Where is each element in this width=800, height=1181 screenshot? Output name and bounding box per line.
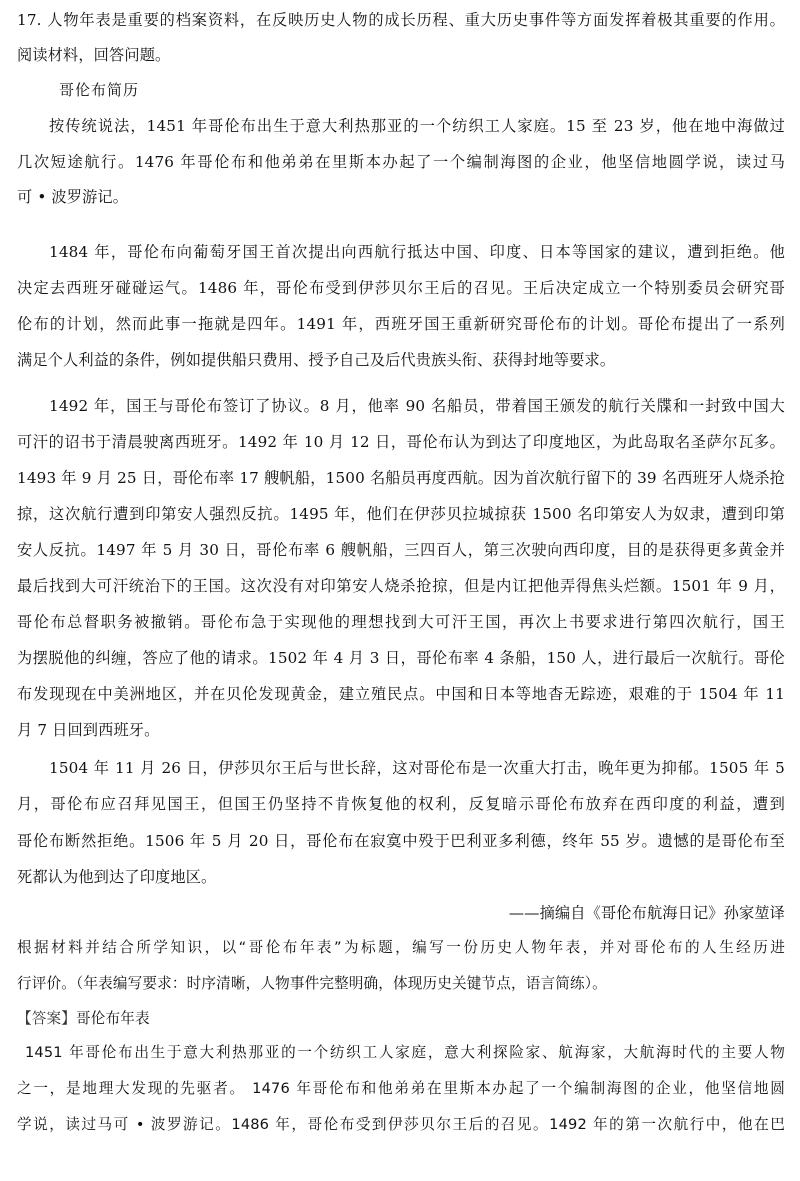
answer-line-2: 之一，是地理大发现的先驱者。 1476 年哥伦布和他弟弟在里斯本办起了一个编制海… <box>17 1079 785 1099</box>
answer-title: 哥伦布年表 <box>76 1010 150 1027</box>
question-prompt-line-2: 阅读材料，回答问题。 <box>17 45 170 65</box>
material-paragraph-3-line-1: 1492 年，国王与哥伦布签订了协议。8 月，他率 90 名船员，带着国王颁发的… <box>49 396 785 416</box>
material-title: 哥伦布简历 <box>59 80 139 100</box>
material-paragraph-1-line-3: 可 • 波罗游记。 <box>17 187 128 207</box>
material-paragraph-4-line-4: 死都认为他到达了印度地区。 <box>17 867 216 887</box>
answer-tag: 【答案】 <box>17 1010 76 1027</box>
material-paragraph-3-line-2: 可汗的诏书于清晨驶离西班牙。1492 年 10 月 12 日，哥伦布认为到达了印… <box>17 432 785 452</box>
material-paragraph-2-line-3: 伦布的计划，然而此事一拖就是四年。1491 年，西班牙国王重新研究哥伦布的计划。… <box>17 314 785 334</box>
material-paragraph-3-line-6: 最后找到大可汗统治下的王国。这次没有对印第安人烧杀抢掠，但是内讧把他弄得焦头烂额… <box>17 576 785 596</box>
material-paragraph-1-line-1: 按传统说法，1451 年哥伦布出生于意大利热那亚的一个纺织工人家庭。15 至 2… <box>49 116 785 136</box>
material-paragraph-4-line-1: 1504 年 11 月 26 日，伊莎贝尔王后与世长辞，这对哥伦布是一次重大打击… <box>49 758 785 778</box>
material-paragraph-2-line-4: 满足个人利益的条件，例如提供船只费用、授予自己及后代贵族头衔、获得封地等要求。 <box>17 350 615 370</box>
answer-header: 【答案】哥伦布年表 <box>17 1009 150 1029</box>
material-paragraph-2-line-1: 1484 年，哥伦布向葡萄牙国王首次提出向西航行抵达中国、印度、日本等国家的建议… <box>49 242 785 262</box>
material-paragraph-4-line-2: 月，哥伦布应召拜见国王，但国王仍坚持不肯恢复他的权利，反复暗示哥伦布放弃在西印度… <box>17 794 785 814</box>
answer-line-1: 1451 年哥伦布出生于意大利热那亚的一个纺织工人家庭，意大利探险家、航海家，大… <box>25 1043 785 1063</box>
answer-line-3: 学说，读过马可 • 波罗游记。1486 年，哥伦布受到伊莎贝尔王后的召见。149… <box>17 1115 785 1135</box>
material-paragraph-3-line-5: 安人反抗。1497 年 5 月 30 日，哥伦布率 6 艘帆船，三四百人，第三次… <box>17 540 785 560</box>
material-paragraph-2-line-2: 决定去西班牙碰碰运气。1486 年，哥伦布受到伊莎贝尔王后的召见。王后决定成立一… <box>17 278 785 298</box>
material-paragraph-3-line-8: 为摆脱他的纠缠，答应了他的请求。1502 年 4 月 3 日，哥伦布率 4 条船… <box>17 648 785 668</box>
task-line-2: 行评价。（年表编写要求：时序清晰，人物事件完整明确，体现历史关键节点，语言简练）… <box>17 974 607 994</box>
material-paragraph-3-line-10: 月 7 日回到西班牙。 <box>17 720 159 740</box>
material-source: ——摘编自《哥伦布航海日记》孙家堃译 <box>509 903 785 923</box>
material-paragraph-3-line-4: 掠，这次航行遭到印第安人强烈反抗。1495 年，他们在伊莎贝拉城掠获 1500 … <box>17 504 785 524</box>
material-paragraph-4-line-3: 哥伦布断然拒绝。1506 年 5 月 20 日，哥伦布在寂寞中殁于巴利亚多利德，… <box>17 831 785 851</box>
material-paragraph-1-line-2: 几次短途航行。1476 年哥伦布和他弟弟在里斯本办起了一个编制海图的企业，他坚信… <box>17 152 785 172</box>
question-prompt-line-1: 17. 人物年表是重要的档案资料，在反映历史人物的成长历程、重大历史事件等方面发… <box>17 10 785 30</box>
task-line-1: 根据材料并结合所学知识，以“哥伦布年表”为标题，编写一份历史人物年表，并对哥伦布… <box>17 938 785 958</box>
material-paragraph-3-line-3: 1493 年 9 月 25 日，哥伦布率 17 艘帆船，1500 名船员再度西航… <box>17 468 785 488</box>
material-paragraph-3-line-7: 哥伦布总督职务被撤销。哥伦布急于实现他的理想找到大可汗王国，再次上书要求进行第四… <box>17 612 785 632</box>
material-paragraph-3-line-9: 布发现现在中美洲地区，并在贝伦发现黄金，建立殖民点。中国和日本等地杳无踪迹，艰难… <box>17 684 785 704</box>
